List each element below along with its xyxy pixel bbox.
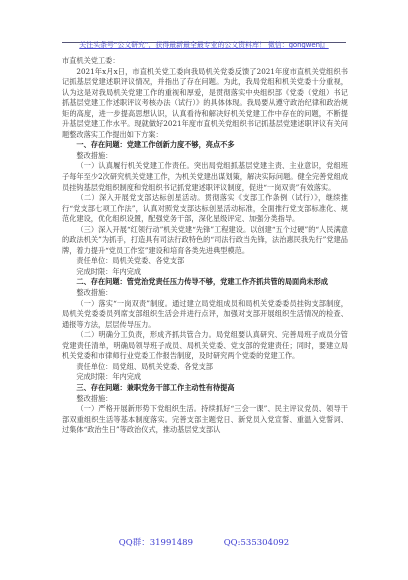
footer-contact: QQ群：31991489 QQ:535304092 <box>0 536 408 548</box>
section-heading: 一、存在问题：党建工作创新力度不够，亮点不多 <box>62 140 348 151</box>
measures-label: 整改措施： <box>62 394 348 405</box>
responsible-unit: 责任单位：局党组、局机关党委、各党支部 <box>62 362 348 373</box>
measures-label: 整改措施： <box>62 288 348 299</box>
measure-paragraph: （二）深入开展党支部达标创星活动。贯彻落实《支部工作条例（试行）》，继续推行“党… <box>62 193 348 225</box>
measure-paragraph: （三）深入开展“红领行动”机关党建“先锋”工程建设。以创建“五个过硬”的“人民满… <box>62 225 348 257</box>
deadline: 完成时限：年内完成 <box>62 267 348 278</box>
salutation: 市直机关党工委： <box>62 56 348 67</box>
measure-paragraph: （二）明确分工负责，形成齐抓共管合力。局党组要认真研究、完善局班子成员分管党建责… <box>62 330 348 362</box>
qq-group-number: QQ群：31991489 <box>119 536 193 548</box>
section-heading: 三、存在问题：兼职党务干部工作主动性有待提高 <box>62 383 348 394</box>
measure-paragraph: （一）落实“一岗双责”制度。通过建立局党组成员和局机关党委委员挂钩支部制度，局机… <box>62 299 348 331</box>
measure-paragraph: （一）认真履行机关党建工作责任。突出局党组抓基层党建主责、主业意识，党组班子每年… <box>62 161 348 193</box>
header-banner-link[interactable]: 关注头条号“公文研究”，获得最新最全最专业的公文资料库！ 微信：gongwenj… <box>79 41 328 49</box>
measure-paragraph: （一）严格开展新形势下党组织生活。持续抓好“三会一课”、民主评议党员、领导干部双… <box>62 404 348 436</box>
measures-label: 整改措施： <box>62 151 348 162</box>
section-heading: 二、存在问题：管党治党责任压力传导不够，党建工作齐抓共管的局面尚未形成 <box>62 277 348 288</box>
responsible-unit: 责任单位：局机关党委、各党支部 <box>62 256 348 267</box>
header-banner: 关注头条号“公文研究”，获得最新最全最专业的公文资料库！ 微信：gongwenj… <box>62 30 346 43</box>
document-body: 市直机关党工委： 2021年x月x日，市直机关党工委向我局机关党委反馈了2021… <box>62 56 348 436</box>
qq-number: QQ:535304092 <box>224 538 289 548</box>
deadline: 完成时限：年内完成 <box>62 372 348 383</box>
document-page: 关注头条号“公文研究”，获得最新最全最专业的公文资料库！ 微信：gongwenj… <box>0 0 408 580</box>
intro-paragraph: 2021年x月x日，市直机关党工委向我局机关党委反馈了2021年度市直机关党组织… <box>62 67 348 141</box>
